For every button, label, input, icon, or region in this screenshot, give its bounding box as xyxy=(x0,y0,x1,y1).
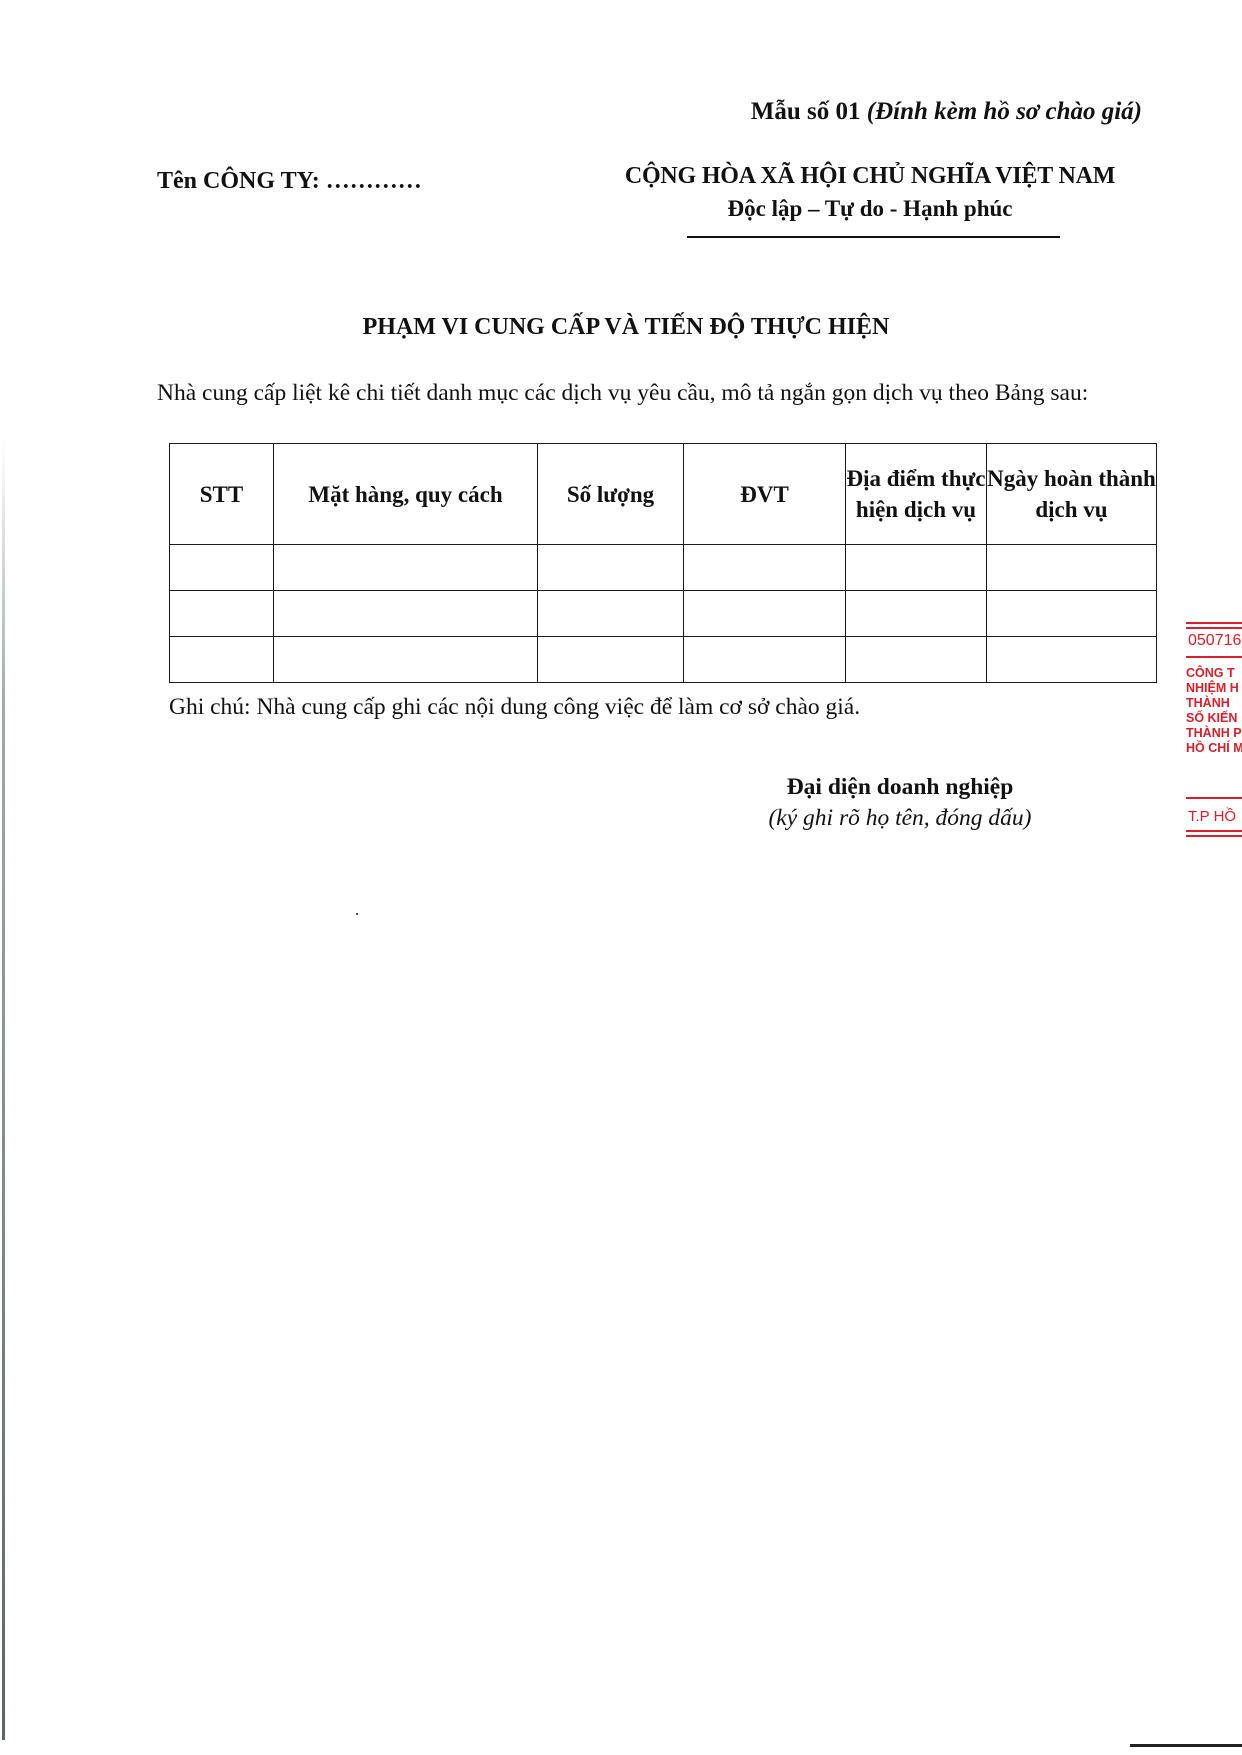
table-cell xyxy=(274,591,538,637)
column-header: Ngày hoàn thành dịch vụ xyxy=(987,444,1157,545)
stamp-line: THÀNH xyxy=(1186,696,1242,711)
column-header: Mặt hàng, quy cách xyxy=(274,444,538,545)
document-title: PHẠM VI CUNG CẤP VÀ TIẾN ĐỘ THỰC HIỆN xyxy=(0,314,1242,341)
stamp-code: 050716 xyxy=(1188,632,1241,650)
scan-edge-bottom xyxy=(1130,1744,1242,1747)
column-header: Địa điểm thực hiện dịch vụ xyxy=(846,444,987,545)
stamp-line: SỐ KIẾN xyxy=(1186,711,1242,726)
signature-instruction: (ký ghi rõ họ tên, đóng dấu) xyxy=(730,805,1070,832)
table-cell xyxy=(684,591,846,637)
intro-paragraph: Nhà cung cấp liệt kê chi tiết danh mục c… xyxy=(157,380,1088,407)
scope-table: STTMặt hàng, quy cáchSố lượngĐVTĐịa điểm… xyxy=(169,443,1157,683)
document-page: Mẫu số 01 (Đính kèm hồ sơ chào giá) Tên … xyxy=(0,0,1242,1755)
signature-block: Đại diện doanh nghiệp (ký ghi rõ họ tên,… xyxy=(730,774,1070,832)
stamp-city: T.P HỒ xyxy=(1188,808,1236,825)
table-cell xyxy=(987,637,1157,683)
scan-speck xyxy=(356,913,358,915)
column-header: STT xyxy=(170,444,274,545)
stamp-line: THÀNH P xyxy=(1186,726,1242,741)
table-cell xyxy=(274,637,538,683)
column-header: ĐVT xyxy=(684,444,846,545)
table-cell xyxy=(684,545,846,591)
stamp-line: HỒ CHÍ M xyxy=(1186,741,1242,756)
table-cell xyxy=(846,637,987,683)
table-cell xyxy=(987,545,1157,591)
stamp-arc xyxy=(1186,627,1242,629)
national-title: CỘNG HÒA XÃ HỘI CHỦ NGHĨA VIỆT NAM xyxy=(620,163,1120,190)
stamp-line: NHIỆM H xyxy=(1186,681,1242,696)
scan-edge-left xyxy=(2,440,5,1740)
form-number-label: Mẫu số 01 xyxy=(751,98,861,125)
stamp-arc xyxy=(1186,830,1242,832)
note-line: Ghi chú: Nhà cung cấp ghi các nội dung c… xyxy=(169,694,860,721)
column-header: Số lượng xyxy=(538,444,684,545)
stamp-text-lines: CÔNG TNHIỆM HTHÀNHSỐ KIẾNTHÀNH PHỒ CHÍ M xyxy=(1186,666,1242,756)
form-number: Mẫu số 01 (Đính kèm hồ sơ chào giá) xyxy=(751,98,1142,126)
table-cell xyxy=(538,637,684,683)
national-motto: Độc lập – Tự do - Hạnh phúc xyxy=(620,196,1120,222)
stamp-arc xyxy=(1186,835,1242,837)
stamp-arc xyxy=(1186,797,1242,799)
table-cell xyxy=(538,591,684,637)
stamp-arc xyxy=(1186,622,1242,624)
table-cell xyxy=(987,591,1157,637)
table-cell xyxy=(170,591,274,637)
company-seal-stamp: 050716 CÔNG TNHIỆM HTHÀNHSỐ KIẾNTHÀNH PH… xyxy=(1186,622,1242,837)
company-name-field: Tên CÔNG TY: ………… xyxy=(157,168,422,195)
motto-underline xyxy=(687,236,1060,238)
table-cell xyxy=(846,591,987,637)
table-cell xyxy=(170,545,274,591)
stamp-arc xyxy=(1186,656,1242,658)
table-header-row: STTMặt hàng, quy cáchSố lượngĐVTĐịa điểm… xyxy=(170,444,1157,545)
table-cell xyxy=(846,545,987,591)
table-row xyxy=(170,545,1157,591)
table-row xyxy=(170,637,1157,683)
table-cell xyxy=(274,545,538,591)
table-cell xyxy=(170,637,274,683)
table-cell xyxy=(538,545,684,591)
national-header: CỘNG HÒA XÃ HỘI CHỦ NGHĨA VIỆT NAM Độc l… xyxy=(620,163,1120,222)
form-number-note: (Đính kèm hồ sơ chào giá) xyxy=(867,98,1142,125)
table-row xyxy=(170,591,1157,637)
table-cell xyxy=(684,637,846,683)
stamp-line: CÔNG T xyxy=(1186,666,1242,681)
signature-title: Đại diện doanh nghiệp xyxy=(730,774,1070,801)
